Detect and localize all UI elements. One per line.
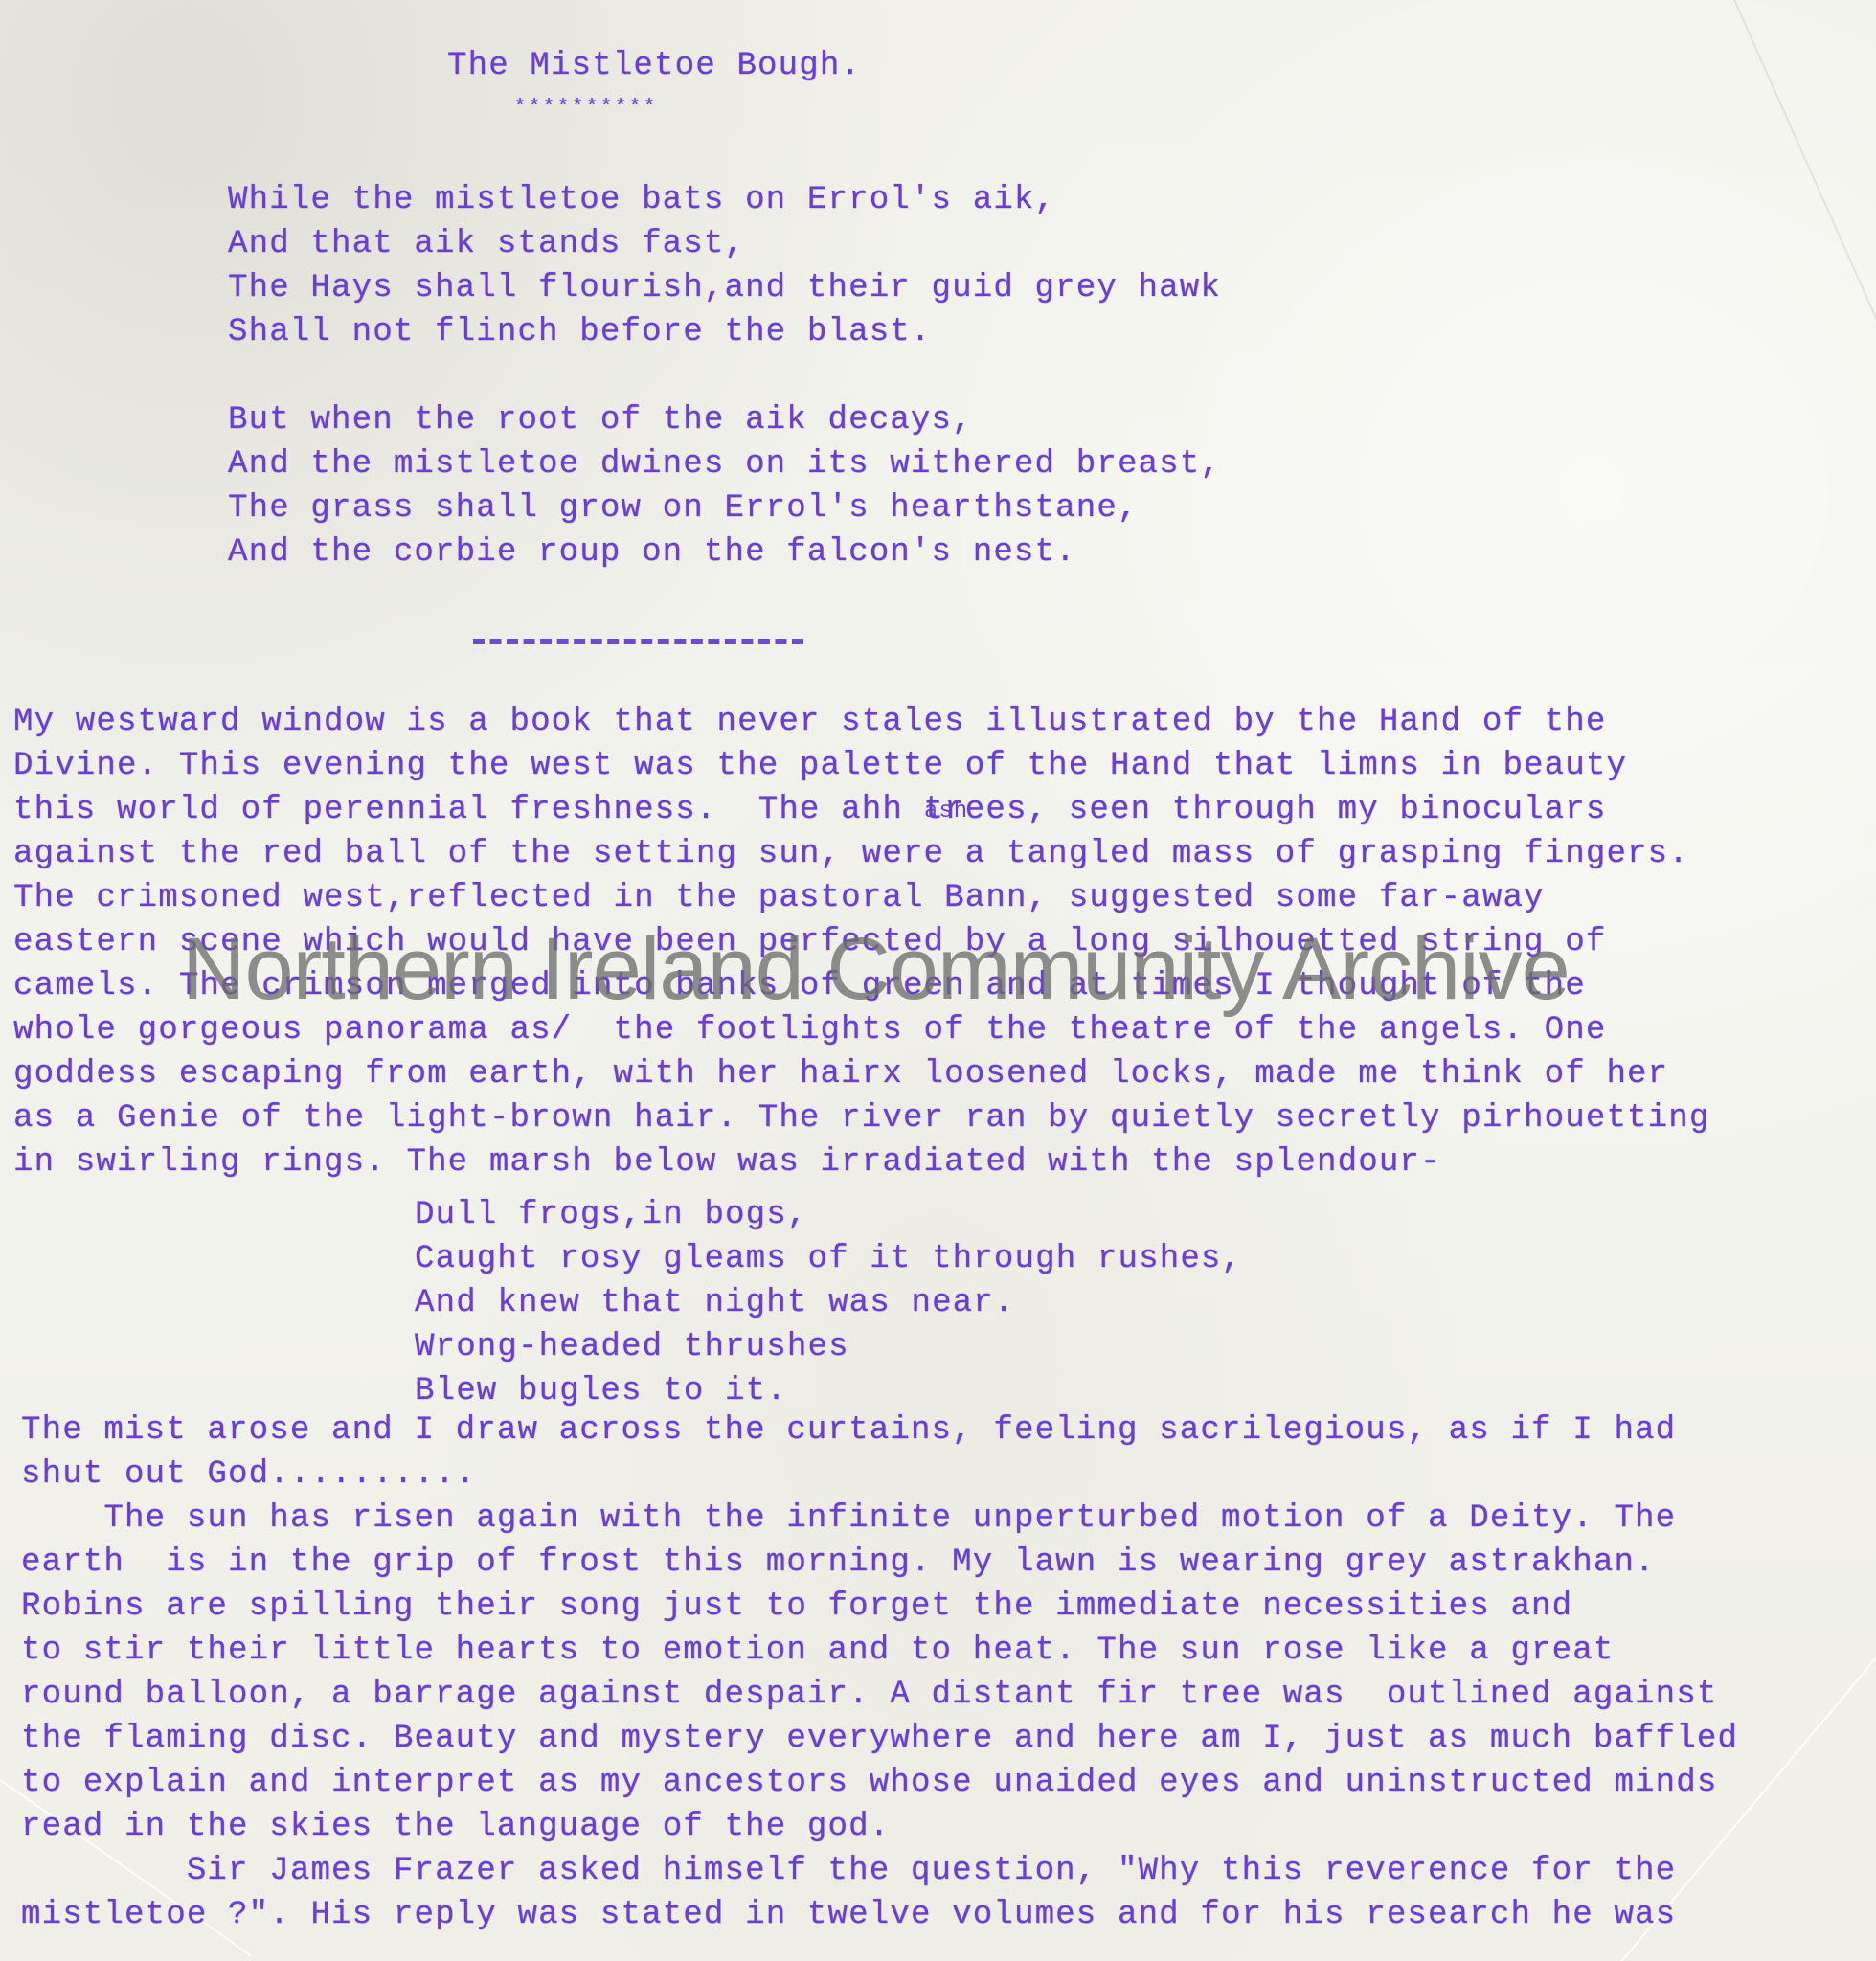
quoted-verse: Dull frogs,in bogs, Caught rosy gleams o… [415,1193,1242,1413]
prose-line: round balloon, a barrage against despair… [21,1673,1738,1717]
prose-line: as a Genie of the light-brown hair. The … [13,1096,1709,1140]
verse-line: Caught rosy gleams of it through rushes, [415,1237,1242,1281]
verse-line: Blew bugles to it. [415,1369,1242,1413]
prose-line: to explain and interpret as my ancestors… [21,1761,1738,1805]
verse-line: Dull frogs,in bogs, [415,1193,1242,1237]
verse-line: While the mistletoe bats on Errol's aik, [228,178,1221,222]
prose-line: goddess escaping from earth, with her ha… [13,1052,1709,1096]
prose-line: camels. The crimson merged into banks of… [13,964,1709,1008]
verse-line: And the mistletoe dwines on its withered… [228,442,1221,486]
verse-stanza-1: While the mistletoe bats on Errol's aik,… [228,178,1221,354]
verse-line: Shall not flinch before the blast. [228,310,1221,354]
verse-stanza-2: But when the root of the aik decays, And… [228,398,1221,575]
verse-line: The grass shall grow on Errol's hearthst… [228,486,1221,530]
prose-paragraph-2: The mist arose and I draw across the cur… [21,1409,1738,1937]
prose-line: The mist arose and I draw across the cur… [21,1409,1738,1453]
prose-line: the flaming disc. Beauty and mystery eve… [21,1717,1738,1761]
prose-line: Sir James Frazer asked himself the quest… [21,1849,1738,1893]
verse-line: And knew that night was near. [415,1281,1242,1325]
prose-line: in swirling rings. The marsh below was i… [13,1140,1709,1184]
prose-paragraph-1: My westward window is a book that never … [13,700,1709,1184]
prose-line: shut out God.......... [21,1453,1738,1497]
prose-line: this world of perennial freshness. The a… [13,788,1709,832]
title-ornament: ********** [514,86,658,130]
verse-line: And that aik stands fast, [228,222,1221,266]
verse-line: But when the root of the aik decays, [228,398,1221,442]
document-title: The Mistletoe Bough. [447,44,861,88]
verse-line: And the corbie roup on the falcon's nest… [228,530,1221,575]
prose-line: against the red ball of the setting sun,… [13,832,1709,876]
verse-line: The Hays shall flourish,and their guid g… [228,266,1221,310]
prose-line: My westward window is a book that never … [13,700,1709,744]
prose-line: to stir their little hearts to emotion a… [21,1629,1738,1673]
prose-line: The crimsoned west,reflected in the past… [13,876,1709,920]
prose-line: whole gorgeous panorama as/ the footligh… [13,1008,1709,1052]
prose-line: Divine. This evening the west was the pa… [13,744,1709,788]
prose-line: mistletoe ?". His reply was stated in tw… [21,1893,1738,1937]
typed-correction: ash [924,799,968,824]
prose-line: eastern scene which would have been perf… [13,920,1709,964]
prose-line: read in the skies the language of the go… [21,1805,1738,1849]
section-divider [473,639,803,644]
prose-line: earth is in the grip of frost this morni… [21,1541,1738,1585]
prose-line: Robins are spilling their song just to f… [21,1585,1738,1629]
verse-line: Wrong-headed thrushes [415,1325,1242,1369]
prose-line: The sun has risen again with the infinit… [21,1497,1738,1541]
